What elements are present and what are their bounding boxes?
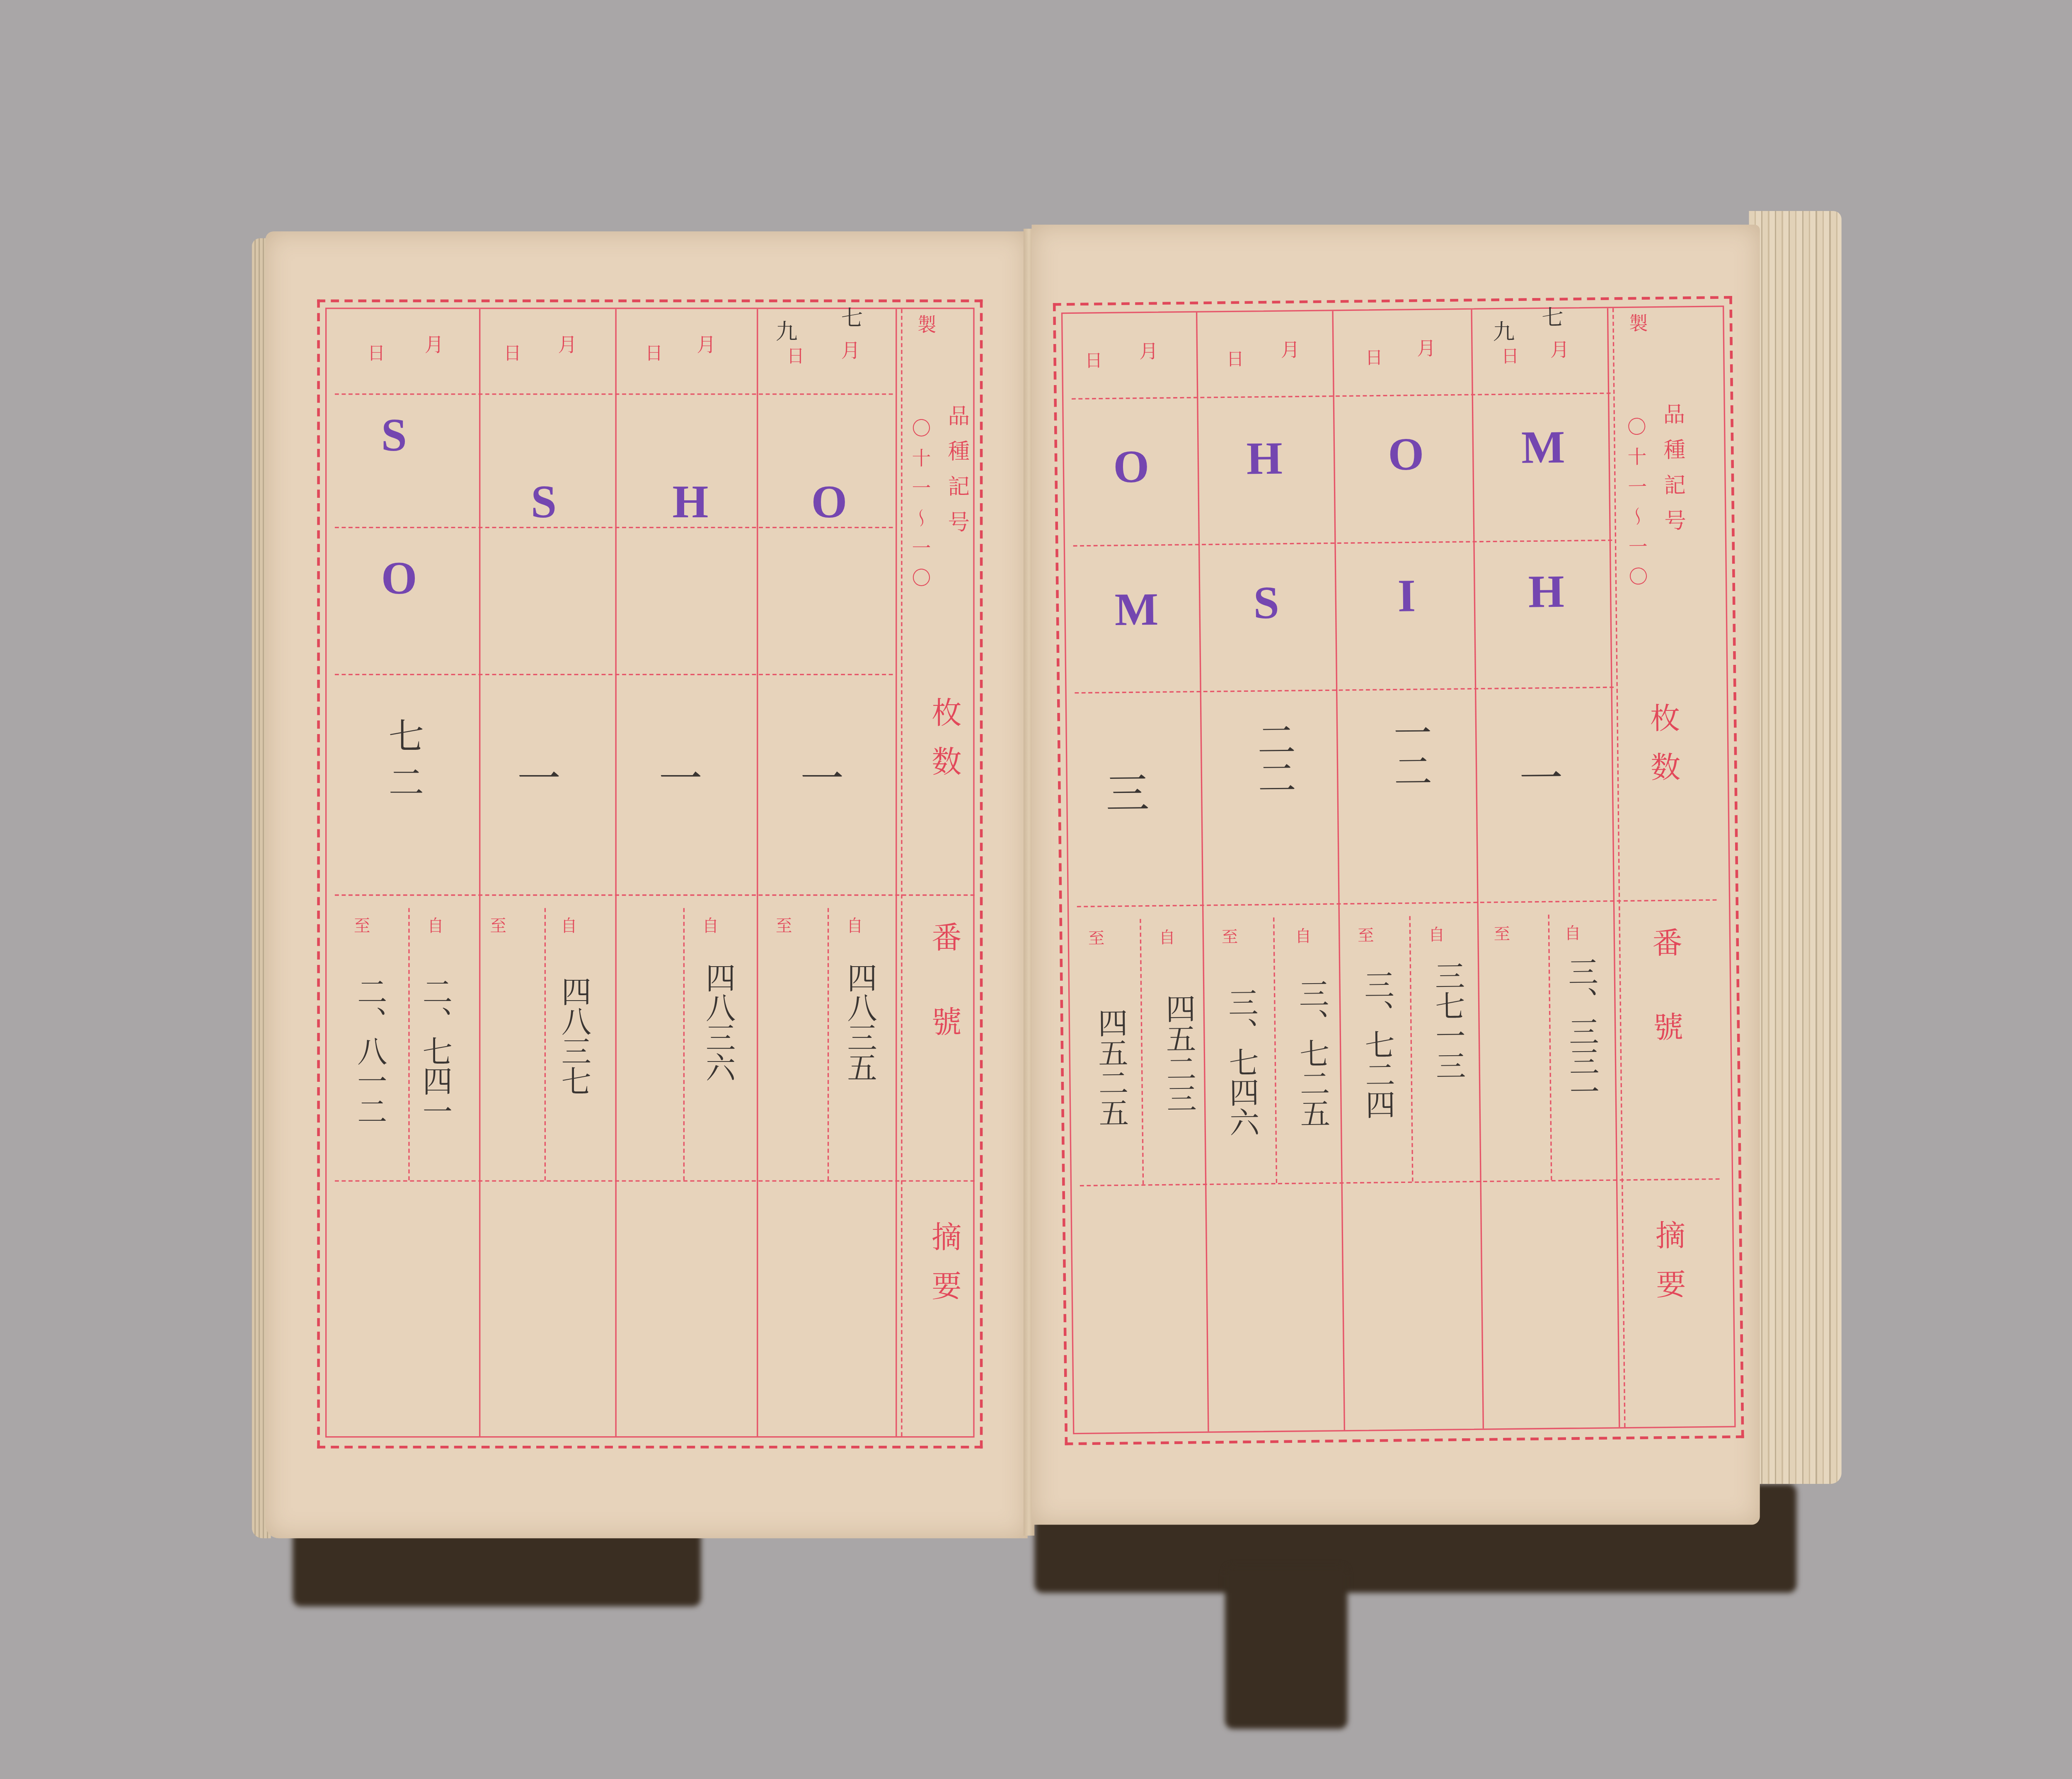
to-label: 至 [1493, 922, 1510, 945]
manufacture-date-header: 製 [912, 315, 939, 334]
page-edges-right [1749, 211, 1841, 1484]
serial-from-value: 三七一三 [1426, 960, 1469, 1081]
type-symbol-header: 品種記号 [942, 404, 973, 546]
type-symbol-stamp: S [531, 478, 557, 530]
serial-from-value: 三、七二五 [1290, 978, 1334, 1128]
day-label: 日 [645, 339, 663, 365]
month-label: 月 [558, 331, 577, 358]
range-note: 〇十一〜一〇 [906, 418, 934, 598]
from-label: 自 [847, 914, 863, 937]
day-label: 日 [787, 342, 804, 367]
count-value: 一 [517, 745, 561, 807]
count-value: 七二 [378, 717, 429, 810]
day-label: 日 [1085, 346, 1103, 372]
book-shadow [1225, 1566, 1348, 1729]
count-value: 二二 [1247, 720, 1302, 797]
month-value: 七 [841, 301, 863, 332]
from-label: 自 [1564, 921, 1581, 944]
count-value: 一 [659, 745, 702, 807]
serial-from-value: 二、七四一 [414, 976, 456, 1126]
serial-to-value: 三、七二四 [1355, 969, 1399, 1120]
serial-from-value: 四八三五 [838, 962, 881, 1082]
type-symbol-stamp: S [1253, 579, 1279, 630]
serial-from-value: 三、三三一 [1559, 956, 1603, 1106]
month-label: 月 [1280, 336, 1300, 363]
count-header: 枚数 [923, 697, 965, 795]
type-symbol-stamp: O [1113, 442, 1150, 494]
serial-to-value: 二、八一二 [349, 976, 391, 1126]
day-label: 日 [1501, 342, 1519, 368]
to-label: 至 [490, 914, 506, 937]
serial-to-value: 三、七四六 [1219, 987, 1263, 1137]
photo-stage: 日 月 日 月 日 月 九 七 日 月 製 品種記号 〇十一〜一〇 枚数 番號 … [0, 0, 2072, 1779]
count-value: 三 [1105, 759, 1150, 822]
day-value: 九 [1493, 315, 1515, 346]
from-label: 自 [702, 914, 719, 937]
day-label: 日 [368, 339, 385, 365]
left-table: 日 月 日 月 日 月 九 七 日 月 製 品種記号 〇十一〜一〇 枚数 番號 … [325, 308, 975, 1437]
from-label: 自 [427, 914, 443, 937]
type-symbol-stamp: S [381, 411, 407, 463]
remarks-header: 摘要 [1646, 1219, 1690, 1318]
type-symbol-stamp: O [811, 478, 847, 530]
to-label: 至 [1358, 923, 1374, 946]
type-symbol-stamp: M [1114, 585, 1159, 637]
serial-to-value: 四五二五 [1089, 1008, 1133, 1128]
day-value: 九 [776, 315, 798, 346]
day-label: 日 [1226, 345, 1244, 371]
to-label: 至 [1221, 925, 1238, 948]
manufacture-date-header: 製 [1623, 313, 1651, 333]
day-label: 日 [1365, 343, 1383, 369]
from-label: 自 [1428, 923, 1445, 946]
to-label: 至 [1088, 926, 1105, 949]
type-symbol-stamp: H [672, 478, 708, 530]
serial-from-value: 四五二三 [1157, 993, 1201, 1113]
right-page: 日 月 日 月 日 月 九 七 日 月 製 品種記号 〇十一〜一〇 枚数 番號 … [1032, 225, 1760, 1525]
from-label: 自 [1295, 924, 1312, 947]
month-label: 月 [697, 331, 716, 358]
left-page: 日 月 日 月 日 月 九 七 日 月 製 品種記号 〇十一〜一〇 枚数 番號 … [265, 231, 1027, 1538]
from-label: 自 [1159, 925, 1175, 948]
month-label: 月 [1417, 334, 1436, 362]
to-label: 至 [354, 914, 370, 937]
type-symbol-stamp: M [1521, 423, 1566, 475]
type-symbol-stamp: O [1388, 430, 1424, 482]
serial-from-value: 四八三六 [697, 962, 739, 1082]
month-value: 七 [1542, 301, 1564, 332]
range-note: 〇十一〜一〇 [1622, 417, 1651, 596]
remarks-header: 摘要 [923, 1221, 965, 1319]
type-symbol-stamp: H [1528, 567, 1564, 620]
day-label: 日 [503, 339, 521, 365]
type-symbol-stamp: H [1246, 434, 1283, 486]
serial-from-value: 四八三七 [552, 976, 595, 1096]
to-label: 至 [776, 914, 792, 937]
from-label: 自 [561, 914, 577, 937]
month-label: 月 [425, 331, 444, 358]
serial-number-header: 番號 [1644, 927, 1687, 1096]
type-symbol-stamp: O [381, 554, 417, 606]
month-label: 月 [1139, 337, 1159, 365]
count-value: 一二 [1382, 713, 1438, 790]
count-header: 枚数 [1641, 702, 1684, 801]
count-value: 一 [1519, 744, 1564, 807]
month-label: 月 [841, 336, 860, 364]
type-symbol-stamp: I [1397, 572, 1416, 623]
type-symbol-header: 品種記号 [1657, 402, 1690, 544]
serial-number-header: 番號 [923, 922, 965, 1091]
month-label: 月 [1550, 336, 1570, 363]
count-value: 一 [800, 745, 844, 807]
right-table: 日 月 日 月 日 月 九 七 日 月 製 品種記号 〇十一〜一〇 枚数 番號 … [1061, 305, 1736, 1434]
